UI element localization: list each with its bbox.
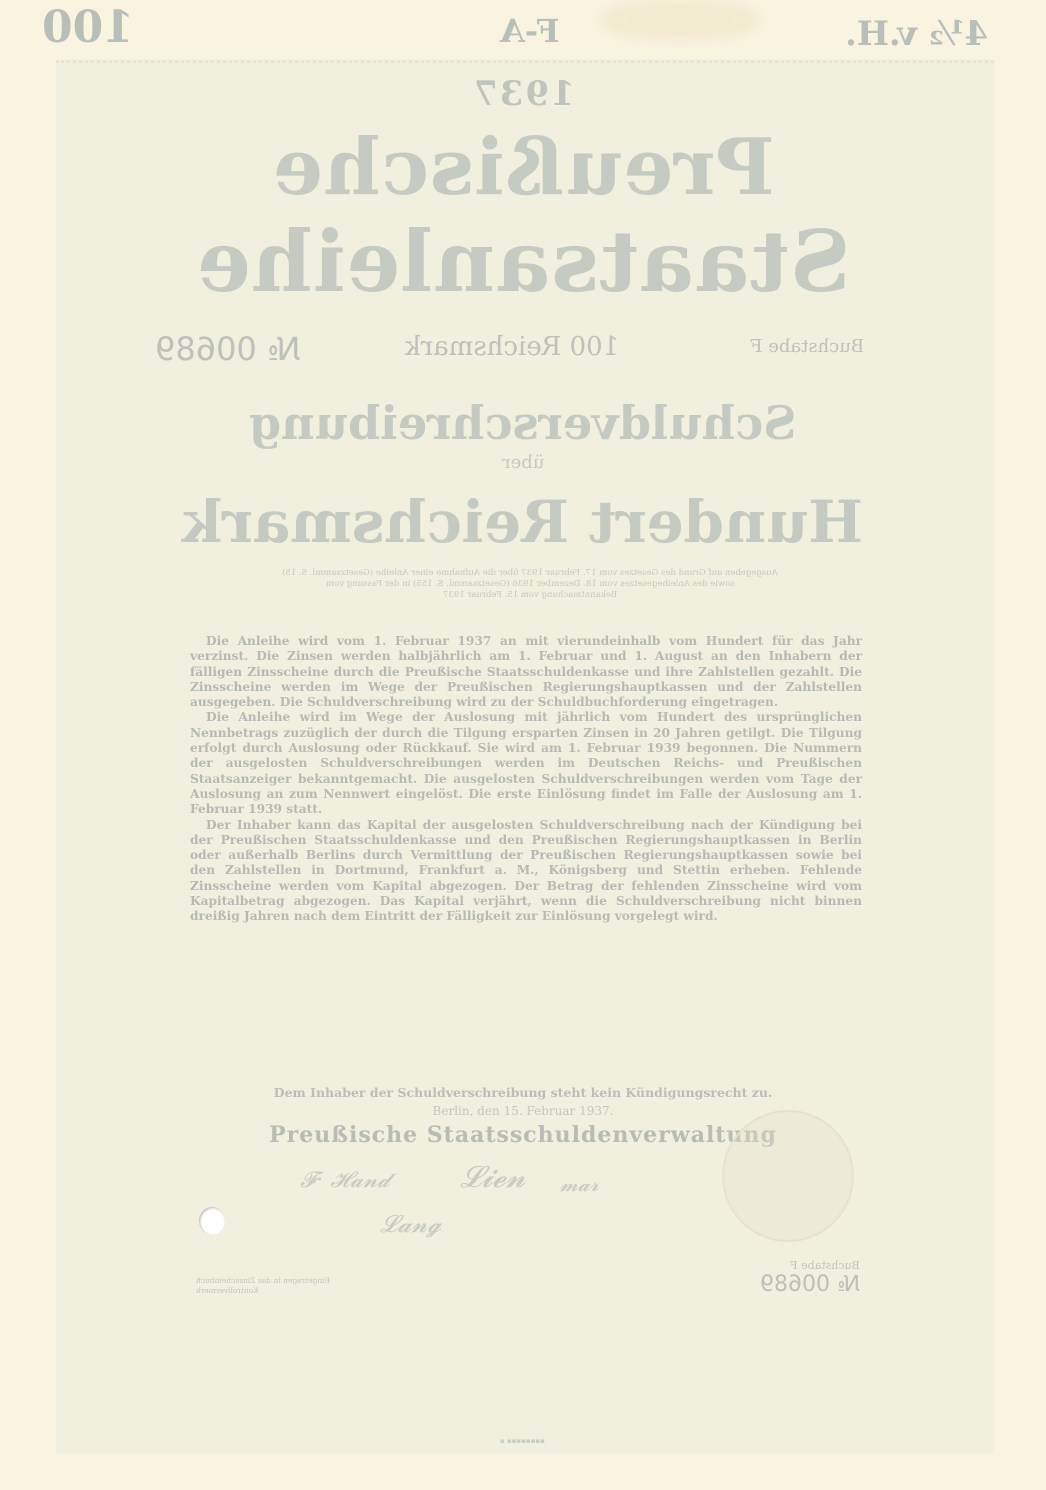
subtitle-line-2: über xyxy=(0,452,1046,473)
signature-icon: 𝓕· 𝓗𝓪𝓷𝓭 xyxy=(300,1168,390,1193)
closing-sentence: Dem Inhaber der Schuldverschreibung steh… xyxy=(0,1085,1046,1100)
embossed-seal-icon xyxy=(722,1110,854,1242)
footer-certificate-number: № 00689 xyxy=(760,1272,860,1297)
footer-series-label: Buchstabe F xyxy=(790,1259,860,1272)
denomination-amount: 100 Reichsmark xyxy=(405,332,619,362)
corner-interest-rate: 4½ v.H. xyxy=(845,14,988,54)
series-letter: Buchstabe F xyxy=(750,336,864,357)
corner-denomination: 100 xyxy=(42,2,134,53)
signature-icon: 𝓛𝓪𝓷𝓰 xyxy=(380,1210,441,1238)
terms-paragraph: Die Anleihe wird vom 1. Februar 1937 an … xyxy=(190,634,862,710)
certificate-number: № 00689 xyxy=(155,330,300,368)
title-line-1: Preußische xyxy=(0,122,1046,213)
subtitle-line-3: Hundert Reichsmark xyxy=(0,488,1046,556)
title-line-2: Staatsanleihe xyxy=(0,212,1046,311)
signature-icon: 𝓛𝓲𝓮𝓷 xyxy=(460,1160,526,1195)
signature-icon: 𝓶𝓪𝓻 xyxy=(560,1172,599,1196)
terms-paragraph: Die Anleihe wird im Wege der Auslosung m… xyxy=(190,710,862,817)
paper-stain xyxy=(600,0,760,40)
subtitle-line-1: Schuldverschreibung xyxy=(0,396,1046,450)
footer-left-note: Eingetragen in das Zinsscheinbuch Kontro… xyxy=(196,1276,330,1296)
punch-hole xyxy=(199,1207,225,1235)
place-date: Berlin, den 15. Februar 1937. xyxy=(0,1104,1046,1118)
denomination-row: № 00689 100 Reichsmark Buchstabe F xyxy=(155,330,895,370)
terms-paragraph: Der Inhaber kann das Kapital der ausgelo… xyxy=(190,818,862,925)
issuing-authority: Preußische Staatsschuldenverwaltung xyxy=(0,1122,1046,1148)
terms-body: Die Anleihe wird vom 1. Februar 1937 an … xyxy=(190,634,862,925)
corner-coupon-term: F-A xyxy=(500,12,559,50)
legal-fineprint: Ausgegeben auf Grund des Gesetzes vom 17… xyxy=(180,568,880,601)
issue-year: 1937 xyxy=(0,74,1046,114)
printer-mark: ▪ ▪▪▪▪▪▪▪▪ xyxy=(500,1437,545,1445)
